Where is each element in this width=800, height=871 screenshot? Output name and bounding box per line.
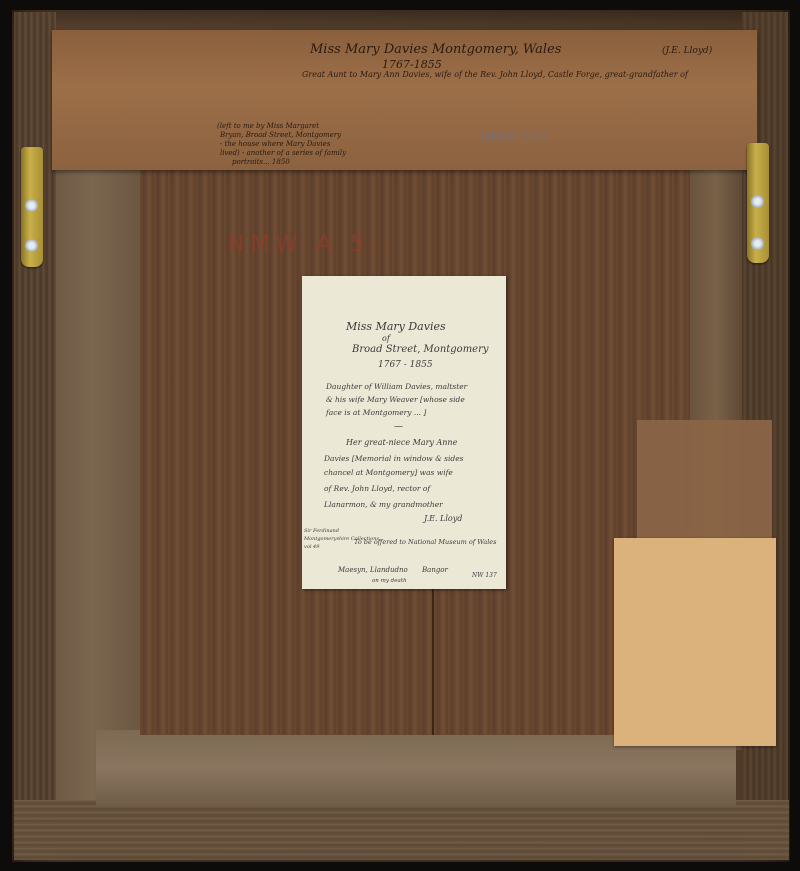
brass-hanger-right-icon xyxy=(747,143,769,263)
note-line: face is at Montgomery ... ] xyxy=(326,408,426,417)
address-line: Bangor xyxy=(422,566,448,574)
note-line: of Rev. John Lloyd, rector of xyxy=(324,484,430,493)
left-note-5: portraits... 1850 xyxy=(232,158,290,166)
stretcher-left xyxy=(56,160,146,800)
address-line: on my death xyxy=(372,578,406,584)
top-paper-label: Miss Mary Davies Montgomery, Wales 1767-… xyxy=(52,30,757,170)
left-note-2: Bryan, Broad Street, Montgomery xyxy=(220,131,341,139)
reference-number: NW 137 xyxy=(472,572,497,579)
note-line: — xyxy=(394,422,403,432)
note-line: of xyxy=(382,334,390,343)
label-margin-note: (J.E. Lloyd) xyxy=(662,46,712,56)
pencil-number: NMW 243 xyxy=(480,130,548,146)
bequest-note: To be offered to National Museum of Wale… xyxy=(354,538,496,546)
brass-hanger-left-icon xyxy=(21,147,43,267)
screw-icon xyxy=(25,199,38,212)
address-line: Maesyn, Llandudno xyxy=(338,566,408,574)
left-note-4: lived) - another of a series of family xyxy=(220,149,346,157)
frame-left-rail xyxy=(14,12,56,860)
signature: J.E. Lloyd xyxy=(424,514,462,523)
note-line: Miss Mary Davies xyxy=(346,320,446,333)
label-title: Miss Mary Davies Montgomery, Wales xyxy=(310,42,561,57)
note-line: Broad Street, Montgomery xyxy=(352,344,489,355)
note-card: Miss Mary Davies of Broad Street, Montgo… xyxy=(302,276,506,589)
tan-paper-label xyxy=(614,538,776,746)
left-note-1: (left to me by Miss Margaret xyxy=(217,122,319,130)
note-line: Her great-niece Mary Anne xyxy=(346,438,457,447)
note-line: Daughter of William Davies, maltster xyxy=(326,382,467,391)
side-note: vol 49 xyxy=(304,544,319,550)
side-note: Sir Ferdinand xyxy=(304,528,339,534)
stencil-mark: NMW A 5.. xyxy=(228,232,396,257)
note-line: chancel at Montgomery] was wife xyxy=(324,468,453,477)
screw-icon xyxy=(751,195,764,208)
note-line: Davies [Memorial in window & sides xyxy=(324,454,463,463)
screw-icon xyxy=(751,237,764,250)
note-line: 1767 - 1855 xyxy=(378,360,433,370)
left-note-3: - the house where Mary Davies xyxy=(220,140,330,148)
note-line: Llanarmon, & my grandmother xyxy=(324,500,443,509)
note-line: & his wife Mary Weaver [whose side xyxy=(326,395,465,404)
label-relation: Great Aunt to Mary Ann Davies, wife of t… xyxy=(302,70,688,79)
frame-bottom-rail xyxy=(14,800,789,860)
screw-icon xyxy=(25,239,38,252)
